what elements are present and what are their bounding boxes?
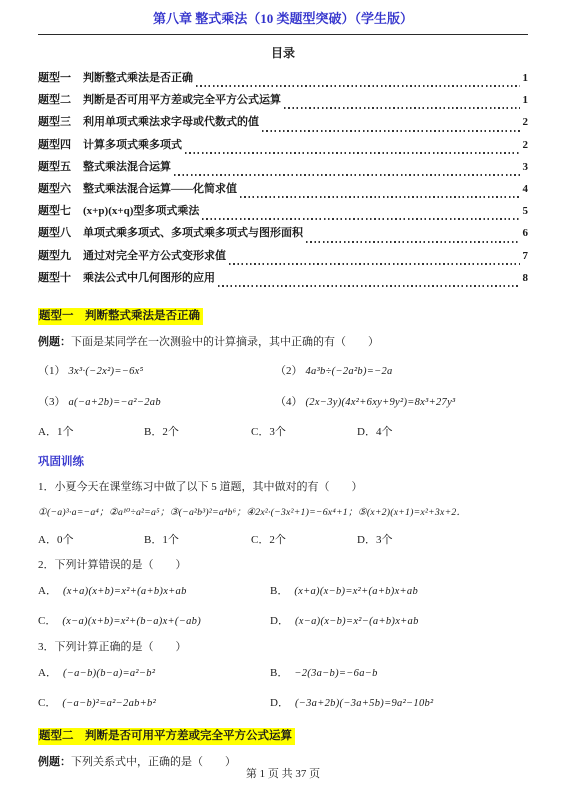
- toc-dot-leader: [306, 241, 520, 243]
- formula-label: （3）: [38, 396, 66, 408]
- formula-item: （4）(2x−3y)(4x²+6xy+9y²)=8x³+27y³: [275, 395, 528, 410]
- formula-expression: a(−a+2b)=−a²−2ab: [69, 397, 161, 408]
- section-heading-highlight: 题型二 判断是否可用平方差或完全平方公式运算: [38, 728, 295, 745]
- option-expression: (x−a)(x+b)=x²+(b−a)x+(−ab): [62, 616, 201, 627]
- option-letter: D．: [270, 615, 289, 627]
- toc-page-number: 5: [523, 205, 529, 217]
- toc-item-label: 题型九: [38, 247, 71, 263]
- toc-item-title: 整式乘法混合运算——化简求值: [83, 180, 237, 196]
- formula-expression: 3x³·(−2x²)=−6x⁵: [69, 366, 144, 377]
- option-item: B．(x+a)(x−b)=x²+(a+b)x+ab: [270, 584, 528, 599]
- formula-label: （4）: [275, 396, 303, 408]
- question-text: 2．下列计算错误的是（ ）: [38, 556, 528, 572]
- option-expression: (x−a)(x−b)=x²−(a+b)x+ab: [295, 616, 419, 627]
- toc-item: 题型一 判断整式乘法是否正确 1: [38, 69, 528, 91]
- section-heading-highlight: 题型一 判断整式乘法是否正确: [38, 308, 203, 325]
- toc-page-number: 1: [523, 72, 529, 84]
- toc-dot-leader: [262, 130, 520, 132]
- option-item: B．−2(3a−b)=−6a−b: [270, 666, 528, 681]
- toc-item-title: 判断整式乘法是否正确: [83, 69, 193, 85]
- toc-page-number: 7: [523, 250, 529, 262]
- toc-page-number: 3: [523, 161, 529, 173]
- q3-option-grid: A．(−a−b)(b−a)=a²−b² B．−2(3a−b)=−6a−b C．(…: [38, 666, 528, 711]
- option-letter: D．: [270, 697, 289, 709]
- option-letter: C．: [38, 697, 56, 709]
- toc-dot-leader: [202, 218, 519, 220]
- example-label: 例题：: [38, 336, 71, 348]
- toc-item-title: 利用单项式乘法求字母或代数式的值: [83, 113, 259, 129]
- toc-item-label: 题型五: [38, 158, 71, 174]
- toc-item: 题型七 (x+p)(x+q)型多项式乘法 5: [38, 202, 528, 224]
- formula-label: （2）: [275, 365, 303, 377]
- q2-option-grid: A．(x+a)(x+b)=x²+(a+b)x+ab B．(x+a)(x−b)=x…: [38, 584, 528, 629]
- choice-item: A．0个: [38, 531, 144, 547]
- toc-item-label: 题型二: [38, 91, 71, 107]
- choice-item: A．1个: [38, 423, 144, 439]
- q1-choice-row: A．0个 B．1个 C．2个 D．3个: [38, 531, 528, 547]
- toc-dot-leader: [185, 152, 520, 154]
- toc-page-number: 6: [523, 227, 529, 239]
- choice-item: B．2个: [144, 423, 251, 439]
- formula-item: （2）4a³b÷(−2a²b)=−2a: [275, 364, 528, 379]
- choice-item: B．1个: [144, 531, 251, 547]
- formula-item: （1）3x³·(−2x²)=−6x⁵: [38, 364, 275, 379]
- practice-heading: 巩固训练: [38, 453, 528, 469]
- example-choice-row: A．1个 B．2个 C．3个 D．4个: [38, 423, 528, 439]
- table-of-contents: 题型一 判断整式乘法是否正确 1 题型二 判断是否可用平方差或完全平方公式运算 …: [38, 69, 528, 291]
- question-text: 3．下列计算正确的是（ ）: [38, 638, 528, 654]
- document-page: 第八章 整式乘法（10 类题型突破）（学生版） 目录 题型一 判断整式乘法是否正…: [0, 0, 566, 769]
- toc-item-label: 题型三: [38, 113, 71, 129]
- toc-page-number: 1: [523, 94, 529, 106]
- toc-item-label: 题型七: [38, 202, 71, 218]
- toc-item-title: 判断是否可用平方差或完全平方公式运算: [83, 91, 281, 107]
- toc-dot-leader: [174, 174, 520, 176]
- toc-page-number: 4: [523, 183, 529, 195]
- section1-heading-row: 题型一 判断整式乘法是否正确: [38, 307, 528, 325]
- section2-heading-row: 题型二 判断是否可用平方差或完全平方公式运算: [38, 727, 528, 745]
- option-expression: (x+a)(x−b)=x²+(a+b)x+ab: [294, 586, 418, 597]
- formula-label: （1）: [38, 365, 66, 377]
- toc-page-number: 2: [523, 139, 529, 151]
- toc-item-label: 题型四: [38, 136, 71, 152]
- option-item: C．(−a−b)²=a²−2ab+b²: [38, 696, 270, 711]
- question-items: ①(−a)³·a=−a⁴；②a¹⁰÷a²=a⁵；③(−a²b³)²=a⁴b⁶；④…: [38, 504, 528, 518]
- toc-item: 题型五 整式乘法混合运算 3: [38, 158, 528, 180]
- toc-item: 题型八 单项式乘多项式、多项式乘多项式与图形面积 6: [38, 224, 528, 246]
- example-formula-grid: （1）3x³·(−2x²)=−6x⁵ （2）4a³b÷(−2a²b)=−2a （…: [38, 364, 528, 410]
- option-expression: (−a−b)(b−a)=a²−b²: [63, 668, 155, 679]
- toc-item-label: 题型六: [38, 180, 71, 196]
- toc-item: 题型二 判断是否可用平方差或完全平方公式运算 1: [38, 91, 528, 113]
- formula-expression: (2x−3y)(4x²+6xy+9y²)=8x³+27y³: [306, 397, 456, 408]
- toc-item: 题型四 计算多项式乘多项式 2: [38, 136, 528, 158]
- option-expression: (−a−b)²=a²−2ab+b²: [62, 698, 156, 709]
- toc-item-title: (x+p)(x+q)型多项式乘法: [83, 202, 199, 218]
- toc-item: 题型六 整式乘法混合运算——化简求值 4: [38, 180, 528, 202]
- option-letter: A．: [38, 585, 57, 597]
- option-letter: B．: [270, 585, 288, 597]
- page-footer: 第 1 页 共 37 页: [0, 765, 566, 781]
- example-line: 例题：下面是某同学在一次测验中的计算摘录，其中正确的有（ ）: [38, 333, 528, 349]
- toc-dot-leader: [229, 263, 520, 265]
- choice-item: C．3个: [251, 423, 357, 439]
- choice-item: D．4个: [357, 423, 528, 439]
- option-letter: B．: [270, 667, 288, 679]
- formula-expression: 4a³b÷(−2a²b)=−2a: [306, 366, 393, 377]
- toc-item-title: 通过对完全平方公式变形求值: [83, 247, 226, 263]
- formula-item: （3）a(−a+2b)=−a²−2ab: [38, 395, 275, 410]
- toc-page-number: 2: [523, 116, 529, 128]
- option-item: A．(−a−b)(b−a)=a²−b²: [38, 666, 270, 681]
- choice-item: C．2个: [251, 531, 357, 547]
- option-expression: (x+a)(x+b)=x²+(a+b)x+ab: [63, 586, 187, 597]
- question-text: 1．小夏今天在课堂练习中做了以下 5 道题，其中做对的有（ ）: [38, 478, 528, 494]
- toc-item-label: 题型一: [38, 69, 71, 85]
- option-letter: C．: [38, 615, 56, 627]
- toc-dot-leader: [240, 196, 520, 198]
- toc-dot-leader: [196, 85, 520, 87]
- option-expression: −2(3a−b)=−6a−b: [294, 668, 377, 679]
- toc-item-label: 题型十: [38, 269, 71, 285]
- toc-heading: 目录: [38, 44, 528, 61]
- toc-item-title: 乘法公式中几何图形的应用: [83, 269, 215, 285]
- option-expression: (−3a+2b)(−3a+5b)=9a²−10b²: [295, 698, 434, 709]
- toc-item: 题型九 通过对完全平方公式变形求值 7: [38, 247, 528, 269]
- toc-item-title: 整式乘法混合运算: [83, 158, 171, 174]
- title-divider: [38, 34, 528, 35]
- toc-item-title: 单项式乘多项式、多项式乘多项式与图形面积: [83, 224, 303, 240]
- option-item: A．(x+a)(x+b)=x²+(a+b)x+ab: [38, 584, 270, 599]
- toc-dot-leader: [284, 107, 520, 109]
- choice-item: D．3个: [357, 531, 528, 547]
- toc-dot-leader: [218, 285, 520, 287]
- toc-item: 题型十 乘法公式中几何图形的应用 8: [38, 269, 528, 291]
- option-item: C．(x−a)(x+b)=x²+(b−a)x+(−ab): [38, 614, 270, 629]
- example-text: 下面是某同学在一次测验中的计算摘录，其中正确的有（ ）: [71, 336, 379, 348]
- toc-item-title: 计算多项式乘多项式: [83, 136, 182, 152]
- toc-page-number: 8: [523, 272, 529, 284]
- option-letter: A．: [38, 667, 57, 679]
- page-title: 第八章 整式乘法（10 类题型突破）（学生版）: [38, 10, 528, 27]
- option-item: D．(−3a+2b)(−3a+5b)=9a²−10b²: [270, 696, 528, 711]
- option-item: D．(x−a)(x−b)=x²−(a+b)x+ab: [270, 614, 528, 629]
- toc-item: 题型三 利用单项式乘法求字母或代数式的值 2: [38, 113, 528, 135]
- toc-item-label: 题型八: [38, 224, 71, 240]
